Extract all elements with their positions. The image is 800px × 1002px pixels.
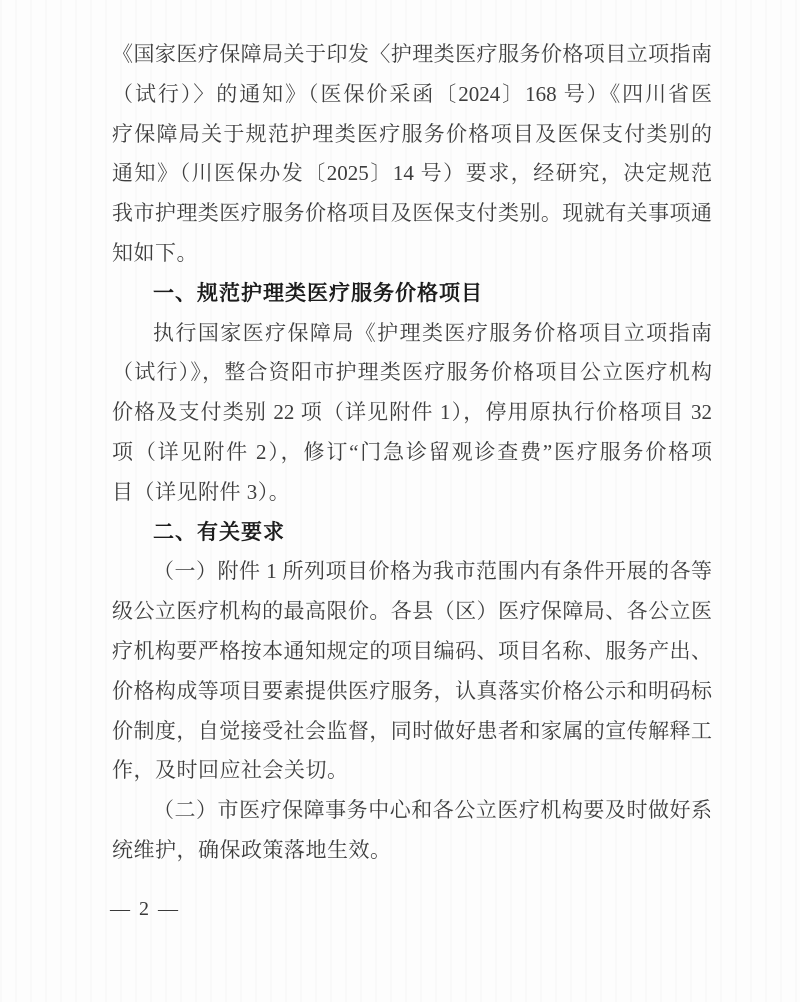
paragraph-line: 通知》（川医保办发〔2025〕14 号）要求，经研究，决定规范	[112, 154, 712, 194]
paragraph-line: 执行国家医疗保障局《护理类医疗服务价格项目立项指南	[112, 314, 712, 354]
section-heading-1: 一、规范护理类医疗服务价格项目	[112, 274, 712, 314]
paragraph-line: 项（详见附件 2），修订“门急诊留观诊查费”医疗服务价格项	[112, 433, 712, 473]
page-number: — 2 —	[110, 898, 180, 921]
paragraph-line: （试行）〉的通知》（医保价采函〔2024〕168 号）《四川省医	[112, 75, 712, 115]
paragraph-line: （试行）》，整合资阳市护理类医疗服务价格项目公立医疗机构	[112, 353, 712, 393]
section-heading-2: 二、有关要求	[112, 513, 712, 553]
paragraph-line: 知如下。	[112, 234, 712, 274]
document-body: 《国家医疗保障局关于印发〈护理类医疗服务价格项目立项指南 （试行）〉的通知》（医…	[112, 35, 712, 871]
paragraph-line: 疗机构要严格按本通知规定的项目编码、项目名称、服务产出、	[112, 632, 712, 672]
paragraph-line: 价格及支付类别 22 项（详见附件 1），停用原执行价格项目 32	[112, 393, 712, 433]
paragraph-line: 我市护理类医疗服务价格项目及医保支付类别。现就有关事项通	[112, 194, 712, 234]
paragraph-line: （一）附件 1 所列项目价格为我市范围内有条件开展的各等	[112, 552, 712, 592]
paragraph-line: 级公立医疗机构的最高限价。各县（区）医疗保障局、各公立医	[112, 592, 712, 632]
paragraph-line: 《国家医疗保障局关于印发〈护理类医疗服务价格项目立项指南	[112, 35, 712, 75]
paragraph-line: 疗保障局关于规范护理类医疗服务价格项目及医保支付类别的	[112, 115, 712, 155]
paragraph-line: 作，及时回应社会关切。	[112, 751, 712, 791]
paragraph-line: 统维护，确保政策落地生效。	[112, 831, 712, 871]
paragraph-line: 价格构成等项目要素提供医疗服务，认真落实价格公示和明码标	[112, 672, 712, 712]
paragraph-line: 目（详见附件 3）。	[112, 473, 712, 513]
scanned-document-page: 《国家医疗保障局关于印发〈护理类医疗服务价格项目立项指南 （试行）〉的通知》（医…	[0, 0, 800, 1002]
paragraph-line: 价制度，自觉接受社会监督，同时做好患者和家属的宣传解释工	[112, 712, 712, 752]
paragraph-line: （二）市医疗保障事务中心和各公立医疗机构要及时做好系	[112, 791, 712, 831]
